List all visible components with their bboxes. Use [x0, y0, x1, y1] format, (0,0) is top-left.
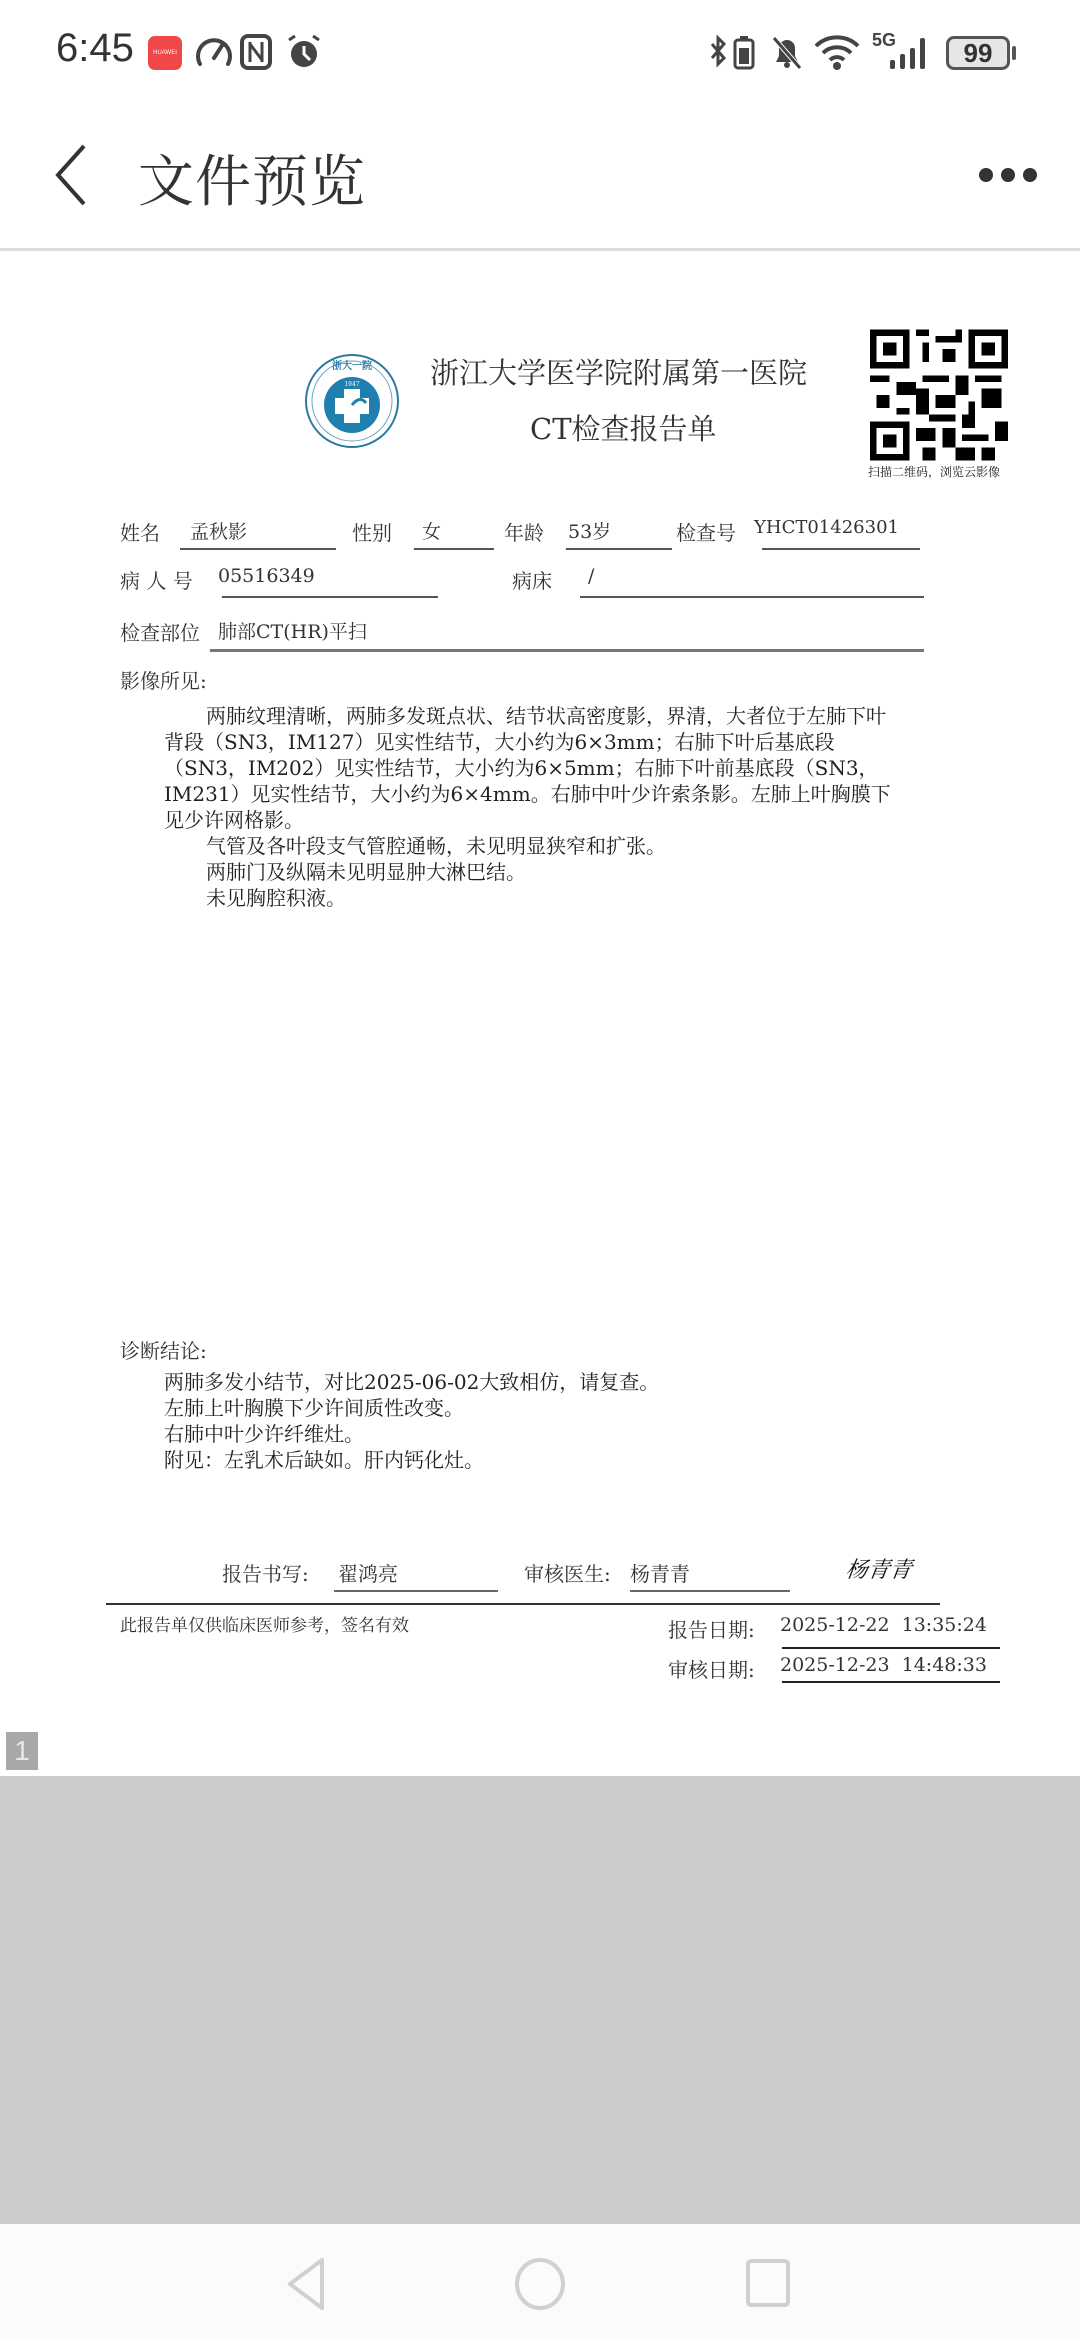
findings-paragraph: 气管及各叶段支气管腔通畅，未见明显狭窄和扩张。	[164, 833, 904, 859]
findings-title: 影像所见:	[120, 665, 207, 694]
handwritten-signature: 杨青青	[844, 1553, 914, 1584]
nav-recents-button[interactable]	[738, 2254, 798, 2314]
status-bar: 6:45 HUAWEI 5G 99	[0, 0, 1080, 100]
exam-no-value: YHCT01426301	[754, 517, 899, 538]
disclaimer-text: 此报告单仅供临床医师参考，签名有效	[120, 1611, 409, 1636]
review-date-underline	[782, 1681, 1000, 1683]
page-number-badge: 1	[6, 1732, 38, 1770]
nav-back-icon	[278, 2254, 338, 2314]
wifi-icon	[814, 34, 860, 70]
qr-code-icon[interactable]	[870, 329, 1008, 461]
patient-no-label: 病 人 号	[120, 565, 193, 594]
conclusion-line: 左肺上叶胸膜下少许间质性改变。	[164, 1395, 659, 1421]
report-date-value: 2025-12-22 13:35:24	[780, 1614, 987, 1636]
nav-home-button[interactable]	[510, 2254, 570, 2314]
gender-label: 性别	[352, 517, 392, 546]
exam-site-label: 检查部位	[120, 617, 200, 646]
hospital-logo-icon: 1947 浙大一院	[304, 353, 400, 449]
writer-label: 报告书写:	[222, 1558, 309, 1587]
age-underline	[566, 548, 672, 550]
report-date-label: 报告日期:	[668, 1614, 755, 1643]
qr-caption: 扫描二维码，浏览云影像	[868, 463, 1000, 480]
name-label: 姓名	[120, 517, 160, 546]
writer-value: 翟鸿亮	[338, 1558, 398, 1587]
conclusion-title: 诊断结论:	[120, 1335, 207, 1364]
bed-underline	[580, 596, 924, 598]
review-date-label: 审核日期:	[668, 1654, 755, 1683]
alarm-icon	[286, 34, 322, 70]
reviewer-underline	[630, 1590, 790, 1592]
conclusion-text: 两肺多发小结节，对比2025-06-02大致相仿，请复查。 左肺上叶胸膜下少许间…	[164, 1369, 659, 1473]
findings-paragraph: 未见胸腔积液。	[164, 885, 904, 911]
conclusion-line: 右肺中叶少许纤维灶。	[164, 1421, 659, 1447]
footer-divider	[106, 1603, 940, 1605]
page-title: 文件预览	[138, 138, 366, 218]
cellular-signal-icon	[880, 34, 936, 70]
back-button[interactable]	[40, 140, 100, 210]
battery-tip	[1012, 46, 1016, 60]
speedometer-icon	[194, 34, 234, 70]
more-dots-icon	[976, 160, 1040, 190]
gender-underline	[414, 548, 494, 550]
report-date-underline	[782, 1647, 1000, 1649]
svg-text:1947: 1947	[344, 381, 359, 388]
bluetooth-icon	[708, 34, 730, 70]
reviewer-label: 审核医生:	[524, 1558, 611, 1587]
findings-paragraph: 两肺纹理清晰，两肺多发斑点状、结节状高密度影，界清，大者位于左肺下叶背段（SN3…	[164, 703, 904, 833]
nav-recents-icon	[738, 2254, 798, 2314]
gender-value: 女	[422, 517, 441, 544]
svg-text:浙大一院: 浙大一院	[332, 359, 372, 372]
exam-site-value: 肺部CT(HR)平扫	[218, 617, 367, 644]
chevron-left-icon	[40, 140, 100, 210]
nav-back-button[interactable]	[278, 2254, 338, 2314]
review-date-value: 2025-12-23 14:48:33	[780, 1654, 987, 1676]
battery-level: 99	[946, 36, 1010, 70]
status-time: 6:45	[56, 26, 134, 71]
battery-saver-icon	[732, 34, 756, 70]
patient-no-value: 05516349	[218, 565, 315, 587]
conclusion-line: 附见：左乳术后缺如。肝内钙化灶。	[164, 1447, 659, 1473]
age-label: 年龄	[504, 517, 544, 546]
bed-label: 病床	[512, 565, 552, 594]
age-value: 53岁	[568, 517, 611, 544]
bed-value: /	[588, 565, 594, 587]
viewer-background	[0, 1776, 1080, 2224]
nav-home-icon	[510, 2254, 570, 2314]
conclusion-line: 两肺多发小结节，对比2025-06-02大致相仿，请复查。	[164, 1369, 659, 1395]
name-value: 孟秋影	[190, 517, 247, 544]
findings-text: 两肺纹理清晰，两肺多发斑点状、结节状高密度影，界清，大者位于左肺下叶背段（SN3…	[164, 703, 904, 911]
writer-underline	[334, 1590, 498, 1592]
huawei-appgallery-icon: HUAWEI	[148, 36, 182, 70]
findings-paragraph: 两肺门及纵隔未见明显肿大淋巴结。	[164, 859, 904, 885]
reviewer-value: 杨青青	[630, 1558, 690, 1587]
document-page: 1947 浙大一院 浙江大学医学院附属第一医院 CT检查报告单 扫描二维码，浏览…	[0, 251, 1080, 1776]
bell-muted-icon	[770, 34, 804, 70]
system-nav-bar	[0, 2224, 1080, 2340]
patient-no-underline	[222, 596, 438, 598]
report-title: CT检查报告单	[530, 407, 717, 448]
nfc-icon	[240, 34, 272, 70]
exam-site-underline	[210, 649, 924, 652]
exam-no-underline	[762, 548, 920, 550]
hospital-name: 浙江大学医学院附属第一医院	[430, 351, 807, 392]
exam-no-label: 检查号	[676, 517, 736, 546]
name-underline	[180, 548, 336, 550]
more-button[interactable]	[976, 160, 1040, 190]
app-bar: 文件预览	[0, 100, 1080, 251]
